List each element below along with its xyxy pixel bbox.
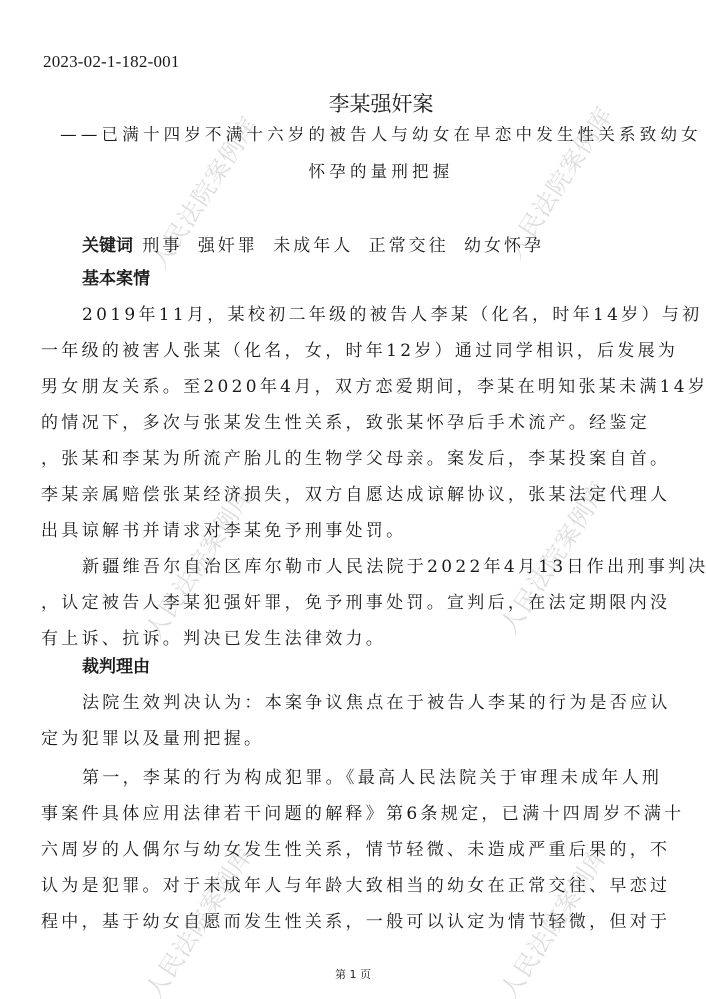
paragraph-line: 第一，李某的行为构成犯罪。《最高人民法院关于审理未成年人刑 [82, 763, 706, 788]
section-heading-reasoning: 裁判理由 [82, 652, 150, 677]
keywords-label: 关键词 [82, 236, 133, 256]
paragraph-line: 程中，基于幼女自愿而发生性关系，一般可以认定为情节轻微，但对于 [41, 907, 681, 932]
keyword: 刑事 [142, 236, 182, 256]
paragraph-line: 2019年11月，某校初二年级的被告人李某（化名，时年14岁）与初 [82, 300, 706, 325]
page-number: 第 1 页 [0, 966, 706, 982]
paragraph-line: 的情况下，多次与张某发生性关系，致张某怀孕后手术流产。经鉴定 [41, 408, 681, 433]
paragraph-line: 新疆维吾尔自治区库尔勒市人民法院于2022年4月13日作出刑事判决 [82, 552, 706, 577]
document-subtitle-line-1: ——已满十四岁不满十六岁的被告人与幼女在早恋中发生性关系致幼女 [0, 121, 706, 145]
paragraph-line: 男女朋友关系。至2020年4月，双方恋爱期间，李某在明知张某未满14岁 [41, 372, 681, 397]
paragraph-line: ，认定被告人李某犯强奸罪，免予刑事处罚。宣判后，在法定期限内没 [41, 588, 681, 613]
keyword: 正常交往 [369, 236, 449, 256]
case-id: 2023-02-1-182-001 [43, 52, 180, 72]
paragraph-line: 定为犯罪以及量刑把握。 [41, 724, 681, 749]
keyword: 未成年人 [273, 236, 353, 256]
paragraph-line: 法院生效判决认为：本案争议焦点在于被告人李某的行为是否应认 [82, 688, 706, 713]
paragraph-line: ，张某和李某为所流产胎儿的生物学父母亲。案发后，李某投案自首。 [41, 444, 681, 469]
keyword: 强奸罪 [198, 236, 258, 256]
paragraph-line: 一年级的被害人张某（化名，女，时年12岁）通过同学相识，后发展为 [41, 336, 681, 361]
paragraph-line: 事案件具体应用法律若干问题的解释》第6条规定，已满十四周岁不满十 [41, 799, 681, 824]
paragraph-line: 出具谅解书并请求对李某免予刑事处罚。 [41, 516, 681, 541]
document-page: 人民法院案例库 人民法院案例库 人民法院案例库 人民法院案例库 人民法院案例库 … [0, 0, 706, 999]
paragraph-line: 认为是犯罪。对于未成年人与年龄大致相当的幼女在正常交往、早恋过 [41, 871, 681, 896]
keyword: 幼女怀孕 [464, 236, 544, 256]
paragraph-line: 六周岁的人偶尔与幼女发生性关系，情节轻微、未造成严重后果的，不 [41, 835, 681, 860]
keywords-row: 关键词 刑事 强奸罪 未成年人 正常交往 幼女怀孕 [82, 231, 544, 256]
document-subtitle-line-2: 怀孕的量刑把握 [0, 158, 706, 182]
section-heading-basic-facts: 基本案情 [82, 264, 150, 289]
document-title: 李某强奸案 [0, 88, 706, 118]
paragraph-line: 有上诉、抗诉。判决已发生法律效力。 [41, 624, 681, 649]
paragraph-line: 李某亲属赔偿张某经济损失，双方自愿达成谅解协议，张某法定代理人 [41, 480, 681, 505]
